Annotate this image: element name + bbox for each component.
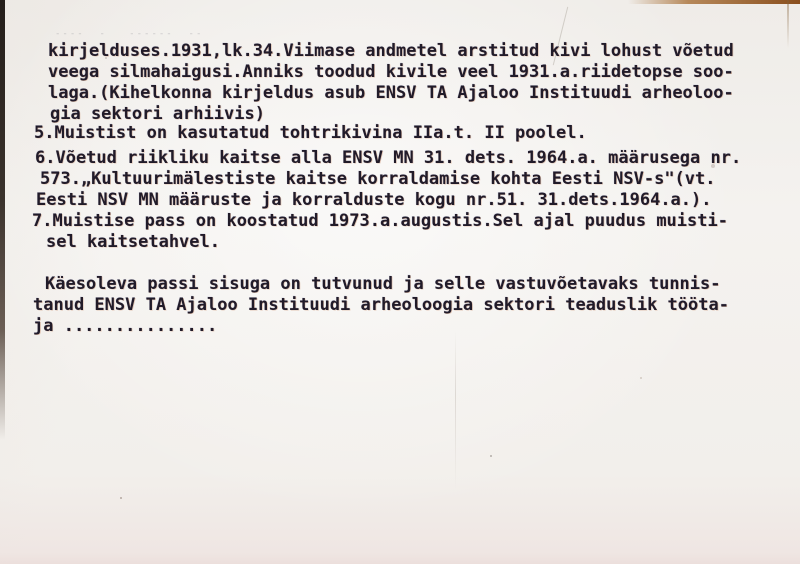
paragraph-closing-statement: Käesoleva passi sisuga on tutvunud ja se… — [0, 274, 800, 337]
paragraph-item-5: 5.Muistist on kasutatud tohtrikivina IIa… — [0, 123, 800, 144]
photo-edge-top-right — [628, 0, 800, 4]
text-line: 6.Võetud riikliku kaitse alla ENSV MN 31… — [35, 148, 800, 169]
text-line: 7.Muistise pass on koostatud 1973.a.augu… — [32, 211, 800, 232]
text-line: laga.(Kihelkonna kirjeldus asub ENSV TA … — [48, 83, 800, 104]
text-line: gia sektori arhiivis) — [50, 104, 800, 125]
text-line: sel kaitsetahvel. — [46, 232, 800, 253]
paragraph-item-6: 6.Võetud riikliku kaitse alla ENSV MN 31… — [0, 148, 800, 211]
text-line signature-dots: ja ............... — [33, 316, 800, 337]
text-line: Eesti NSV MN määruste ja korralduste kog… — [36, 190, 800, 211]
text-line: 573.„Kultuurimälestiste kaitse korraldam… — [40, 169, 800, 190]
text-line: kirjelduses.1931,lk.34.Viimase andmetel … — [48, 41, 800, 62]
paper-background: ---- - ------ -- kirjelduses.1931,lk.34.… — [0, 0, 800, 564]
text-line: veega silmahaigusi.Anniks toodud kivile … — [48, 62, 800, 83]
paragraph-description-continuation: kirjelduses.1931,lk.34.Viimase andmetel … — [0, 41, 800, 125]
text-line: 5.Muistist on kasutatud tohtrikivina IIa… — [34, 123, 800, 144]
text-line: tanud ENSV TA Ajaloo Instituudi arheoloo… — [33, 295, 800, 316]
text-line: Käesoleva passi sisuga on tutvunud ja se… — [45, 274, 800, 295]
paragraph-item-7: 7.Muistise pass on koostatud 1973.a.augu… — [0, 211, 800, 253]
paper-specks — [120, 497, 122, 499]
faded-previous-line-artifact: ---- - ------ -- — [55, 29, 203, 39]
typewritten-text-block: kirjelduses.1931,lk.34.Viimase andmetel … — [0, 41, 800, 337]
paper-crease — [455, 330, 456, 490]
